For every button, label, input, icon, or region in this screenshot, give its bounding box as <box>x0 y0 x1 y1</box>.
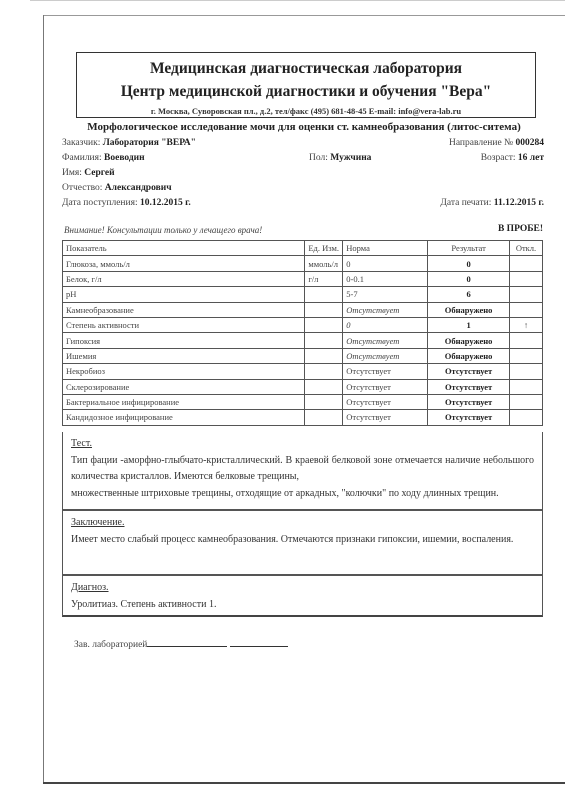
indicator-cell: Ишемия <box>63 348 305 363</box>
info-row-customer: Заказчик: Лаборатория "ВЕРА" Направление… <box>62 138 544 152</box>
unit-cell <box>305 317 343 332</box>
table-row: Бактериальное инфицированиеОтсутствуетОт… <box>63 394 543 409</box>
diagnosis-section: Диагноз. Уролитиаз. Степень активности 1… <box>62 575 543 617</box>
print-date: Дата печати: 11.12.2015 г. <box>440 198 544 208</box>
table-row: СклерозированиеОтсутствуетОтсутствует <box>63 379 543 394</box>
scan-top-edge <box>30 0 565 1</box>
page-frame-bottom <box>43 782 565 784</box>
deviation-cell <box>510 302 543 317</box>
norm-cell: Отсутствует <box>343 302 428 317</box>
test-text-continued: множественные штриховые трещины, отходящ… <box>71 486 534 503</box>
received-label: Дата поступления: <box>62 198 138 208</box>
unit-cell <box>305 410 343 425</box>
deviation-cell <box>510 333 543 348</box>
norm-cell: Отсутствует <box>343 410 428 425</box>
deviation-cell <box>510 287 543 302</box>
table-row: Степень активности01↑ <box>63 317 543 332</box>
name-label: Имя: <box>62 168 82 178</box>
result-cell: Обнаружено <box>428 302 510 317</box>
indicator-cell: Кандидозное инфицирование <box>63 410 305 425</box>
indicator-cell: Гипоксия <box>63 333 305 348</box>
signature-block: Зав. лабораторией <box>74 636 288 650</box>
sex-value: Мужчина <box>330 153 371 163</box>
deviation-cell <box>510 364 543 379</box>
header-norm: Норма <box>343 241 428 256</box>
age: Возраст: 16 лет <box>481 153 544 163</box>
results-table: Показатель Ед. Изм. Норма Результат Откл… <box>62 240 543 426</box>
referral-label: Направление № <box>449 138 513 148</box>
indicator-cell: Бактериальное инфицирование <box>63 394 305 409</box>
customer-label: Заказчик: <box>62 138 100 148</box>
norm-cell: 0 <box>343 256 428 271</box>
patronymic-value: Александрович <box>105 183 172 193</box>
norm-cell: 5-7 <box>343 287 428 302</box>
header-indicator: Показатель <box>63 241 305 256</box>
indicator-cell: Глюкоза, ммоль/л <box>63 256 305 271</box>
printed-value: 11.12.2015 г. <box>494 198 544 208</box>
unit-cell: г/л <box>305 271 343 286</box>
conclusion-text: Имеет место слабый процесс камнеобразова… <box>71 532 534 549</box>
header-result: Результат <box>428 241 510 256</box>
page-frame-top <box>43 15 565 16</box>
surname-label: Фамилия: <box>62 153 102 163</box>
surname-value: Воеводин <box>104 153 145 163</box>
unit-cell: ммоль/л <box>305 256 343 271</box>
indicator-cell: Камнеобразование <box>63 302 305 317</box>
result-cell: 1 <box>428 317 510 332</box>
result-cell: 0 <box>428 256 510 271</box>
unit-cell <box>305 302 343 317</box>
result-cell: Отсутствует <box>428 364 510 379</box>
referral-value: 000284 <box>516 138 545 148</box>
age-value: 16 лет <box>518 153 544 163</box>
header-deviation: Откл. <box>510 241 543 256</box>
document-title: Морфологическое исследование мочи для оц… <box>62 121 546 133</box>
norm-cell: Отсутствует <box>343 348 428 363</box>
sex-label: Пол: <box>309 153 328 163</box>
signature-label: Зав. лабораторией <box>74 640 147 650</box>
table-row: ИшемияОтсутствуетОбнаружено <box>63 348 543 363</box>
table-row: КамнеобразованиеОтсутствуетОбнаружено <box>63 302 543 317</box>
indicator-cell: Белок, г/л <box>63 271 305 286</box>
result-cell: Отсутствует <box>428 379 510 394</box>
test-text: Тип фации -аморфно-глыбчато-кристалличес… <box>71 453 534 486</box>
center-name: Центр медицинской диагностики и обучения… <box>77 81 535 103</box>
indicator-cell: Степень активности <box>63 317 305 332</box>
header-unit: Ед. Изм. <box>305 241 343 256</box>
norm-cell: 0 <box>343 317 428 332</box>
table-row: Белок, г/лг/л0-0.10 <box>63 271 543 286</box>
referral: Направление № 000284 <box>449 138 544 148</box>
result-cell: Обнаружено <box>428 333 510 348</box>
deviation-cell <box>510 394 543 409</box>
name-value: Сергей <box>84 168 114 178</box>
result-cell: 6 <box>428 287 510 302</box>
info-row-name: Имя: Сергей <box>62 168 544 182</box>
conclusion-title: Заключение. <box>71 515 534 532</box>
result-cell: 0 <box>428 271 510 286</box>
unit-cell <box>305 394 343 409</box>
table-row: Кандидозное инфицированиеОтсутствуетОтсу… <box>63 410 543 425</box>
norm-cell: Отсутствует <box>343 394 428 409</box>
deviation-cell <box>510 348 543 363</box>
deviation-up-arrow-icon: ↑ <box>510 317 543 332</box>
in-sample-label: В ПРОБЕ! <box>498 224 543 234</box>
diagnosis-text: Уролитиаз. Степень активности 1. <box>71 597 534 614</box>
unit-cell <box>305 287 343 302</box>
deviation-cell <box>510 379 543 394</box>
customer-value: Лаборатория "ВЕРА" <box>103 138 196 148</box>
table-row: Глюкоза, ммоль/лммоль/л00 <box>63 256 543 271</box>
info-row-dates: Дата поступления: 10.12.2015 г. Дата печ… <box>62 198 544 212</box>
result-cell: Отсутствует <box>428 410 510 425</box>
indicator-cell: Склерозирование <box>63 379 305 394</box>
unit-cell <box>305 333 343 348</box>
norm-cell: Отсутствует <box>343 333 428 348</box>
page-frame-left <box>43 15 44 783</box>
name-line <box>230 636 288 647</box>
sex: Пол: Мужчина <box>309 153 371 163</box>
lab-address: г. Москва, Суворовская пл., д.2, тел/фак… <box>77 105 535 117</box>
deviation-cell <box>510 410 543 425</box>
table-header-row: Показатель Ед. Изм. Норма Результат Откл… <box>63 241 543 256</box>
conclusion-section: Заключение. Имеет место слабый процесс к… <box>62 510 543 575</box>
lab-header: Медицинская диагностическая лаборатория … <box>76 52 536 118</box>
norm-cell: Отсутствует <box>343 379 428 394</box>
signature-line <box>147 636 227 647</box>
age-label: Возраст: <box>481 153 516 163</box>
table-row: ГипоксияОтсутствуетОбнаружено <box>63 333 543 348</box>
result-cell: Обнаружено <box>428 348 510 363</box>
info-row-surname: Фамилия: Воеводин Пол: Мужчина Возраст: … <box>62 153 544 167</box>
test-section: Тест. Тип фации -аморфно-глыбчато-криста… <box>62 432 543 510</box>
test-title: Тест. <box>71 436 534 453</box>
table-row: pH5-76 <box>63 287 543 302</box>
info-row-patronymic: Отчество: Александрович <box>62 183 544 197</box>
norm-cell: Отсутствует <box>343 364 428 379</box>
unit-cell <box>305 348 343 363</box>
norm-cell: 0-0.1 <box>343 271 428 286</box>
result-cell: Отсутствует <box>428 394 510 409</box>
indicator-cell: pH <box>63 287 305 302</box>
consultation-warning: Внимание! Консультации только у лечащего… <box>64 225 262 235</box>
diagnosis-title: Диагноз. <box>71 580 534 597</box>
unit-cell <box>305 379 343 394</box>
printed-label: Дата печати: <box>440 198 491 208</box>
patronymic-label: Отчество: <box>62 183 102 193</box>
indicator-cell: Некробиоз <box>63 364 305 379</box>
received-value: 10.12.2015 г. <box>140 198 191 208</box>
deviation-cell <box>510 271 543 286</box>
lab-name: Медицинская диагностическая лаборатория <box>77 59 535 79</box>
table-row: НекробиозОтсутствуетОтсутствует <box>63 364 543 379</box>
deviation-cell <box>510 256 543 271</box>
unit-cell <box>305 364 343 379</box>
